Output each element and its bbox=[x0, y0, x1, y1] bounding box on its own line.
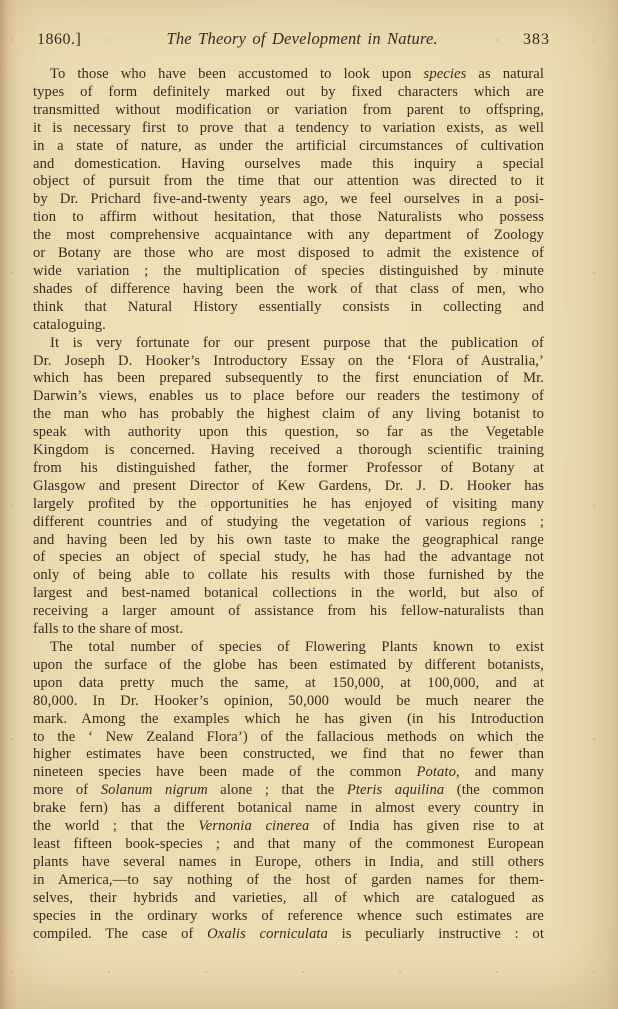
text-segment: the most comprehensive acquaintance with… bbox=[33, 227, 544, 243]
text-line: 80,000. In Dr. Hooker’s opinion, 50,000 … bbox=[33, 693, 544, 711]
text-segment: plants have several names in Europe, oth… bbox=[33, 854, 544, 870]
text-segment: by Dr. Prichard five-and-twenty years ag… bbox=[33, 191, 544, 207]
text-segment: speak with authority upon this question,… bbox=[33, 424, 544, 440]
text-segment: upon data pretty much the same, at 150,0… bbox=[33, 675, 544, 691]
text-line: plants have several names in Europe, oth… bbox=[33, 854, 544, 872]
text-segment: from his distinguished father, the forme… bbox=[33, 460, 544, 476]
text-line: upon data pretty much the same, at 150,0… bbox=[33, 675, 544, 693]
text-line: the most comprehensive acquaintance with… bbox=[33, 227, 544, 245]
text-segment: compiled. The case of bbox=[33, 926, 207, 942]
year-marker: 1860.] bbox=[37, 31, 81, 49]
text-segment: largely profited by the opportunities he… bbox=[33, 496, 544, 512]
text-line: falls to the share of most. bbox=[33, 621, 544, 639]
italic-term: Oxalis corniculata bbox=[207, 926, 328, 942]
text-segment: of species an object of special study, h… bbox=[33, 549, 544, 565]
text-segment: which has been prepared subsequently to … bbox=[33, 370, 544, 386]
text-line: speak with authority upon this question,… bbox=[33, 424, 544, 442]
text-line: species in the ordinary works of referen… bbox=[33, 908, 544, 926]
text-line: least fifteen book-species ; and that ma… bbox=[33, 836, 544, 854]
text-segment: falls to the share of most. bbox=[33, 621, 183, 637]
text-segment: of India has given rise to at bbox=[309, 818, 544, 834]
text-segment: least fifteen book-species ; and that ma… bbox=[33, 836, 544, 852]
text-segment: mark. Among the examples which he has gi… bbox=[33, 711, 544, 727]
text-line: in a state of nature, as under the artif… bbox=[33, 138, 544, 156]
text-line: it is necessary first to prove that a te… bbox=[33, 120, 544, 138]
running-title: The Theory of Development in Nature. bbox=[81, 29, 523, 49]
text-line: brake fern) has a different botanical na… bbox=[33, 800, 544, 818]
text-segment: selves, their hybrids and varieties, all… bbox=[33, 890, 544, 906]
text-segment: types of form definitely marked out by f… bbox=[33, 84, 544, 100]
text-line: more of Solanum nigrum alone ; that the … bbox=[33, 782, 544, 800]
text-segment: wide variation ; the multiplication of s… bbox=[33, 263, 544, 279]
text-segment: object of pursuit from the time that our… bbox=[33, 173, 544, 189]
text-line: upon the surface of the globe has been e… bbox=[33, 657, 544, 675]
paragraph: The total number of species of Flowering… bbox=[33, 639, 544, 943]
text-line: types of form definitely marked out by f… bbox=[33, 84, 544, 102]
text-line: The total number of species of Flowering… bbox=[33, 639, 544, 657]
text-segment: Darwin’s views, enables us to place befo… bbox=[33, 388, 544, 404]
text-segment: transmitted without modification or vari… bbox=[33, 102, 544, 118]
text-segment: To those who have been accustomed to loo… bbox=[50, 66, 424, 82]
text-segment: The total number of species of Flowering… bbox=[50, 639, 544, 655]
text-line: nineteen species have been made of the c… bbox=[33, 764, 544, 782]
text-line: which has been prepared subsequently to … bbox=[33, 370, 544, 388]
text-line: transmitted without modification or vari… bbox=[33, 102, 544, 120]
scanned-book-page: 1860.] The Theory of Development in Natu… bbox=[0, 0, 618, 1009]
text-segment: tion to affirm without hesitation, that … bbox=[33, 209, 544, 225]
text-line: object of pursuit from the time that our… bbox=[33, 173, 544, 191]
text-segment: upon the surface of the globe has been e… bbox=[33, 657, 544, 673]
text-line: receiving a larger amount of assistance … bbox=[33, 603, 544, 621]
italic-term: Solanum nigrum bbox=[101, 782, 208, 798]
text-segment: in a state of nature, as under the artif… bbox=[33, 138, 544, 154]
italic-term: Potato bbox=[416, 764, 456, 780]
text-segment: nineteen species have been made of the c… bbox=[33, 764, 416, 780]
text-segment: more of bbox=[33, 782, 101, 798]
italic-term: species bbox=[424, 66, 467, 82]
text-segment: shades of difference having been the wor… bbox=[33, 281, 544, 297]
text-segment: receiving a larger amount of assistance … bbox=[33, 603, 544, 619]
text-line: cataloguing. bbox=[33, 317, 544, 335]
paragraph: To those who have been accustomed to loo… bbox=[33, 66, 544, 335]
text-segment: as natural bbox=[466, 66, 544, 82]
text-line: higher estimates have been constructed, … bbox=[33, 746, 544, 764]
page-number: 383 bbox=[523, 31, 550, 49]
text-segment: the world ; that the bbox=[33, 818, 198, 834]
text-segment: 80,000. In Dr. Hooker’s opinion, 50,000 … bbox=[33, 693, 544, 709]
text-line: think that Natural History essentially c… bbox=[33, 299, 544, 317]
text-line: Darwin’s views, enables us to place befo… bbox=[33, 388, 544, 406]
text-segment: species in the ordinary works of referen… bbox=[33, 908, 544, 924]
text-segment: or Botany are those who are most dispose… bbox=[33, 245, 544, 261]
text-line: by Dr. Prichard five-and-twenty years ag… bbox=[33, 191, 544, 209]
text-segment: largest and best-named botanical collect… bbox=[33, 585, 544, 601]
text-line: It is very fortunate for our present pur… bbox=[33, 335, 544, 353]
text-line: the world ; that the Vernonia cinerea of… bbox=[33, 818, 544, 836]
text-line: only of being able to collate his result… bbox=[33, 567, 544, 585]
text-segment: cataloguing. bbox=[33, 317, 106, 333]
text-line: Glasgow and present Director of Kew Gard… bbox=[33, 478, 544, 496]
text-segment: (the common bbox=[444, 782, 544, 798]
text-segment: only of being able to collate his result… bbox=[33, 567, 544, 583]
text-line: different countries and of studying the … bbox=[33, 514, 544, 532]
text-segment: brake fern) has a different botanical na… bbox=[33, 800, 544, 816]
text-line: and having been led by his own taste to … bbox=[33, 532, 544, 550]
text-segment: higher estimates have been constructed, … bbox=[33, 746, 544, 762]
text-segment: Kingdom is concerned. Having received a … bbox=[33, 442, 544, 458]
text-segment: and domestication. Having ourselves made… bbox=[33, 156, 544, 172]
running-header: 1860.] The Theory of Development in Natu… bbox=[37, 29, 550, 49]
text-line: in America,—to say nothing of the host o… bbox=[33, 872, 544, 890]
text-segment: think that Natural History essentially c… bbox=[33, 299, 544, 315]
text-line: shades of difference having been the wor… bbox=[33, 281, 544, 299]
text-line: largely profited by the opportunities he… bbox=[33, 496, 544, 514]
text-segment: Glasgow and present Director of Kew Gard… bbox=[33, 478, 544, 494]
text-line: Dr. Joseph D. Hooker’s Introductory Essa… bbox=[33, 353, 544, 371]
text-segment: It is very fortunate for our present pur… bbox=[50, 335, 544, 351]
text-line: or Botany are those who are most dispose… bbox=[33, 245, 544, 263]
text-segment: is peculiarly instructive : ot bbox=[328, 926, 544, 942]
text-segment: Dr. Joseph D. Hooker’s Introductory Essa… bbox=[33, 353, 544, 369]
text-line: compiled. The case of Oxalis corniculata… bbox=[33, 926, 544, 944]
text-segment: , and many bbox=[456, 764, 544, 780]
text-line: selves, their hybrids and varieties, all… bbox=[33, 890, 544, 908]
page-body: To those who have been accustomed to loo… bbox=[33, 66, 544, 943]
text-line: Kingdom is concerned. Having received a … bbox=[33, 442, 544, 460]
text-segment: different countries and of studying the … bbox=[33, 514, 544, 530]
text-segment: the man who has probably the highest cla… bbox=[33, 406, 544, 422]
text-segment: to the ‘ New Zealand Flora’) of the fall… bbox=[33, 729, 544, 745]
italic-term: Vernonia cinerea bbox=[198, 818, 309, 834]
text-line: from his distinguished father, the forme… bbox=[33, 460, 544, 478]
text-line: to the ‘ New Zealand Flora’) of the fall… bbox=[33, 729, 544, 747]
text-line: and domestication. Having ourselves made… bbox=[33, 156, 544, 174]
text-line: mark. Among the examples which he has gi… bbox=[33, 711, 544, 729]
paragraph: It is very fortunate for our present pur… bbox=[33, 335, 544, 639]
text-line: of species an object of special study, h… bbox=[33, 549, 544, 567]
italic-term: Pteris aquilina bbox=[347, 782, 444, 798]
text-line: largest and best-named botanical collect… bbox=[33, 585, 544, 603]
text-segment: in America,—to say nothing of the host o… bbox=[33, 872, 544, 888]
text-line: the man who has probably the highest cla… bbox=[33, 406, 544, 424]
text-line: wide variation ; the multiplication of s… bbox=[33, 263, 544, 281]
text-segment: alone ; that the bbox=[208, 782, 347, 798]
text-line: tion to affirm without hesitation, that … bbox=[33, 209, 544, 227]
text-segment: it is necessary first to prove that a te… bbox=[33, 120, 544, 136]
text-line: To those who have been accustomed to loo… bbox=[33, 66, 544, 84]
text-segment: and having been led by his own taste to … bbox=[33, 532, 544, 548]
